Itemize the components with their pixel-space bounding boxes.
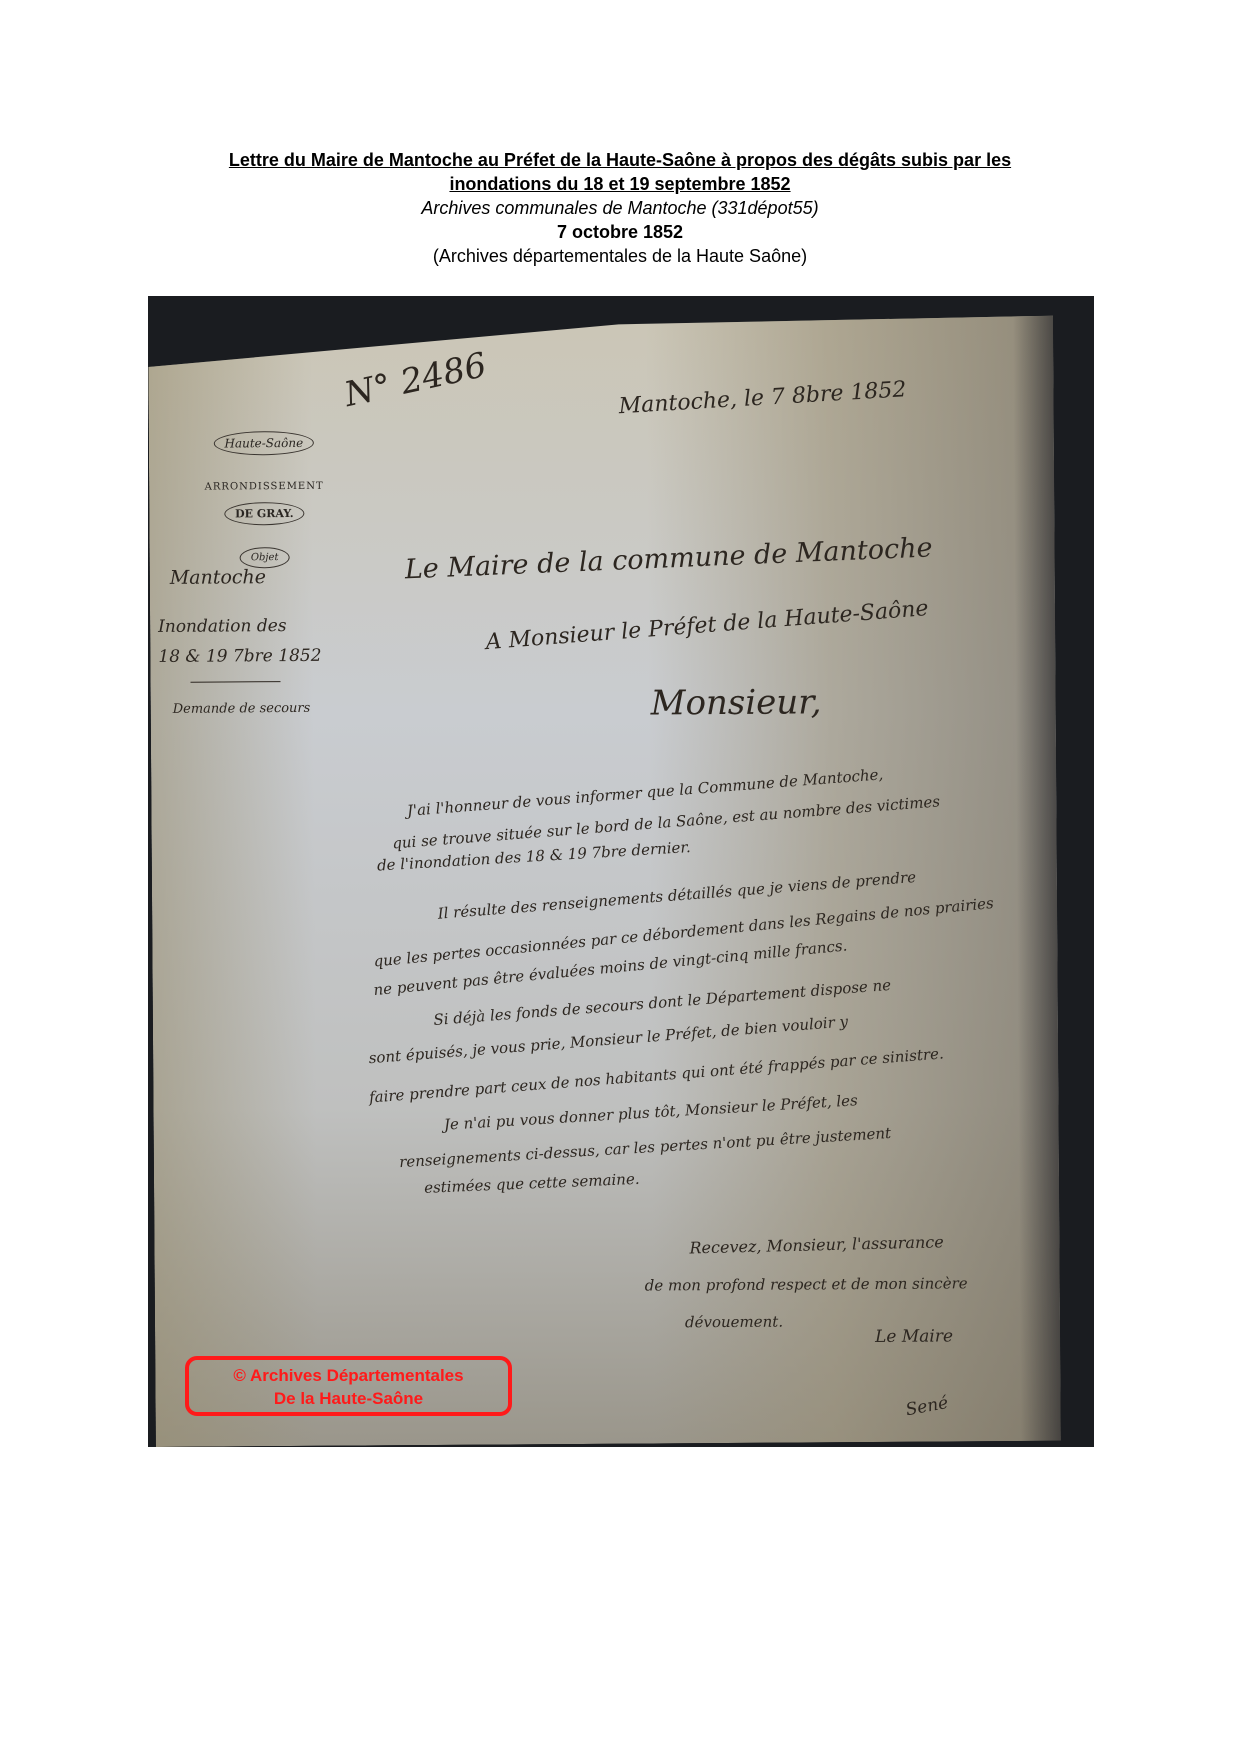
closing-line-3: dévouement.: [685, 1313, 783, 1332]
document-date: 7 octobre 1852: [0, 220, 1240, 244]
title-line-1: Lettre du Maire de Mantoche au Préfet de…: [0, 148, 1240, 172]
margin-note-1: Mantoche: [170, 566, 266, 589]
signature-title: Le Maire: [875, 1326, 953, 1347]
paper-shadow: [1013, 316, 1061, 1441]
signature: Sené: [904, 1393, 950, 1420]
archive-credit: (Archives départementales de la Haute Sa…: [0, 244, 1240, 268]
salutation: Monsieur,: [651, 682, 822, 723]
body-line-10: Je n'ai pu vous donner plus tôt, Monsieu…: [443, 1091, 858, 1134]
reference-number: N° 2486: [341, 345, 490, 415]
letter-paper: N° 2486 Mantoche, le 7 8bre 1852 Haute-S…: [148, 316, 1061, 1447]
margin-note-2: Inondation des: [158, 616, 287, 637]
margin-note-3: 18 & 19 7bre 1852: [158, 646, 321, 667]
document-header: Lettre du Maire de Mantoche au Préfet de…: [0, 148, 1240, 268]
letterhead-object: Objet: [240, 547, 290, 568]
letterhead-department: Haute-Saône: [213, 431, 314, 456]
letter-photograph: N° 2486 Mantoche, le 7 8bre 1852 Haute-S…: [148, 296, 1094, 1447]
place-date: Mantoche, le 7 8bre 1852: [618, 377, 907, 419]
closing-line-2: de mon profond respect et de mon sincère: [645, 1274, 968, 1294]
watermark-line-1: © Archives Départementales: [189, 1364, 508, 1387]
body-line-12: estimées que cette semaine.: [424, 1170, 640, 1197]
copyright-watermark: © Archives Départementales De la Haute-S…: [185, 1356, 512, 1416]
recipient: A Monsieur le Préfet de la Haute-Saône: [485, 596, 929, 655]
sender: Le Maire de la commune de Mantoche: [404, 532, 933, 585]
title-line-2: inondations du 18 et 19 septembre 1852: [0, 172, 1240, 196]
letterhead-arrondissement-label: ARRONDISSEMENT: [189, 481, 339, 493]
margin-note-4: Demande de secours: [173, 701, 311, 717]
watermark-line-2: De la Haute-Saône: [189, 1387, 508, 1410]
document-title: Lettre du Maire de Mantoche au Préfet de…: [0, 148, 1240, 196]
archive-source: Archives communales de Mantoche (331dépo…: [0, 196, 1240, 220]
letterhead-arrondissement: DE GRAY.: [224, 502, 305, 526]
margin-divider: [191, 681, 281, 683]
letterhead: Haute-Saône ARRONDISSEMENT DE GRAY. Obje…: [189, 431, 340, 569]
closing-line-1: Recevez, Monsieur, l'assurance: [689, 1232, 944, 1257]
